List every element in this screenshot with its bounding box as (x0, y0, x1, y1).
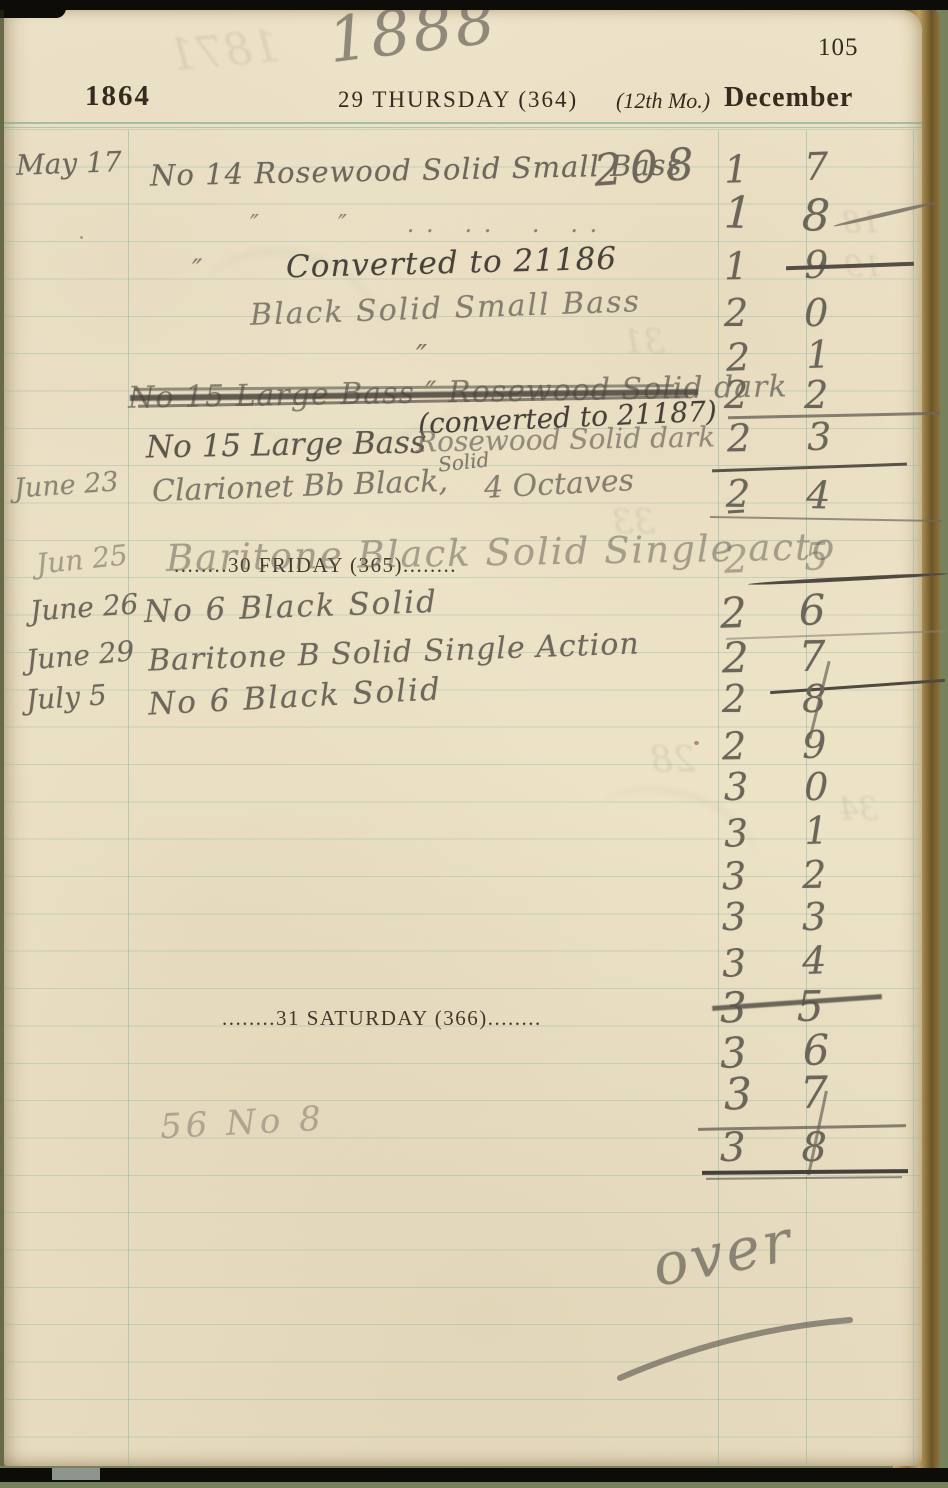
entry-ref-number: 208 (593, 142, 704, 193)
ledger-number: 37 (724, 1071, 877, 1118)
ditto-mark: ″ (192, 256, 202, 284)
month-prefix: (12th Mo.) (616, 88, 710, 114)
header-rule-bottom (4, 127, 922, 128)
ledger-number: 25 (723, 535, 885, 579)
date-column-rule (128, 130, 129, 1466)
paper-speck (694, 741, 699, 745)
entry-description-cont: 4 Octaves (483, 466, 634, 504)
ledger-number: 20 (724, 294, 884, 332)
ledger-number: 18 (723, 191, 880, 240)
bleedthrough-mark: 28 (650, 740, 696, 781)
ledger-number: 34 (721, 939, 883, 983)
thursday-heading: 29 THURSDAY (364) (338, 87, 578, 113)
bleedthrough-mark: 31 (622, 322, 665, 362)
printed-year: 1864 (85, 80, 151, 113)
over-underline-swoosh (610, 1310, 860, 1390)
ledger-number: 38 (720, 1128, 883, 1168)
entry-date: July 5 (25, 681, 108, 715)
ledger-number: 31 (723, 809, 885, 853)
entry-date: June 26 (29, 590, 139, 625)
ledger-number: 32 (722, 855, 883, 896)
header-rule-top (4, 122, 922, 124)
page-number: 105 (818, 34, 859, 62)
ledger-number: 28 (722, 680, 882, 718)
page-torn-edge (0, 10, 4, 1466)
scan-border-bottom (0, 1468, 948, 1482)
ditto-mark: ″ (416, 342, 427, 372)
ledger-number: 29 (722, 725, 883, 766)
scan-border-patch (52, 1468, 100, 1480)
ledger-number: 24 (726, 475, 887, 516)
scan-border-corner (0, 0, 66, 18)
entry-description: No 15 Large Bass (146, 428, 426, 464)
ledger-number: 26 (719, 587, 878, 634)
ledger-number: 22 (724, 376, 884, 414)
entry-date: June 23 (13, 468, 119, 502)
entry-description: Converted to 21186 (286, 244, 618, 284)
paper-speck (80, 236, 83, 239)
bleedthrough-year: 1871 (166, 21, 282, 82)
month-name: December (724, 82, 853, 114)
saturday-heading: ........31 SATURDAY (366)........ (222, 1006, 542, 1031)
entry-ditto-row: ″ ″ . . . . . . . (250, 212, 599, 236)
scan-border-top (0, 0, 948, 10)
ledger-number: 21 (725, 333, 887, 377)
entry-date: May 17 (16, 148, 123, 180)
ledger-number: 17 (723, 145, 885, 189)
ledger-number: 30 (724, 768, 884, 806)
ledger-number: 23 (727, 417, 888, 458)
tally-note: 56 No 8 (159, 1102, 325, 1145)
amount-column-rule-3 (913, 130, 914, 1466)
ledger-page-scan: 1871 31 18 19 33 28 34 105 1864 29 THURS… (0, 0, 948, 1488)
ledger-number: 27 (722, 635, 876, 680)
ledger-number: 33 (722, 898, 882, 936)
